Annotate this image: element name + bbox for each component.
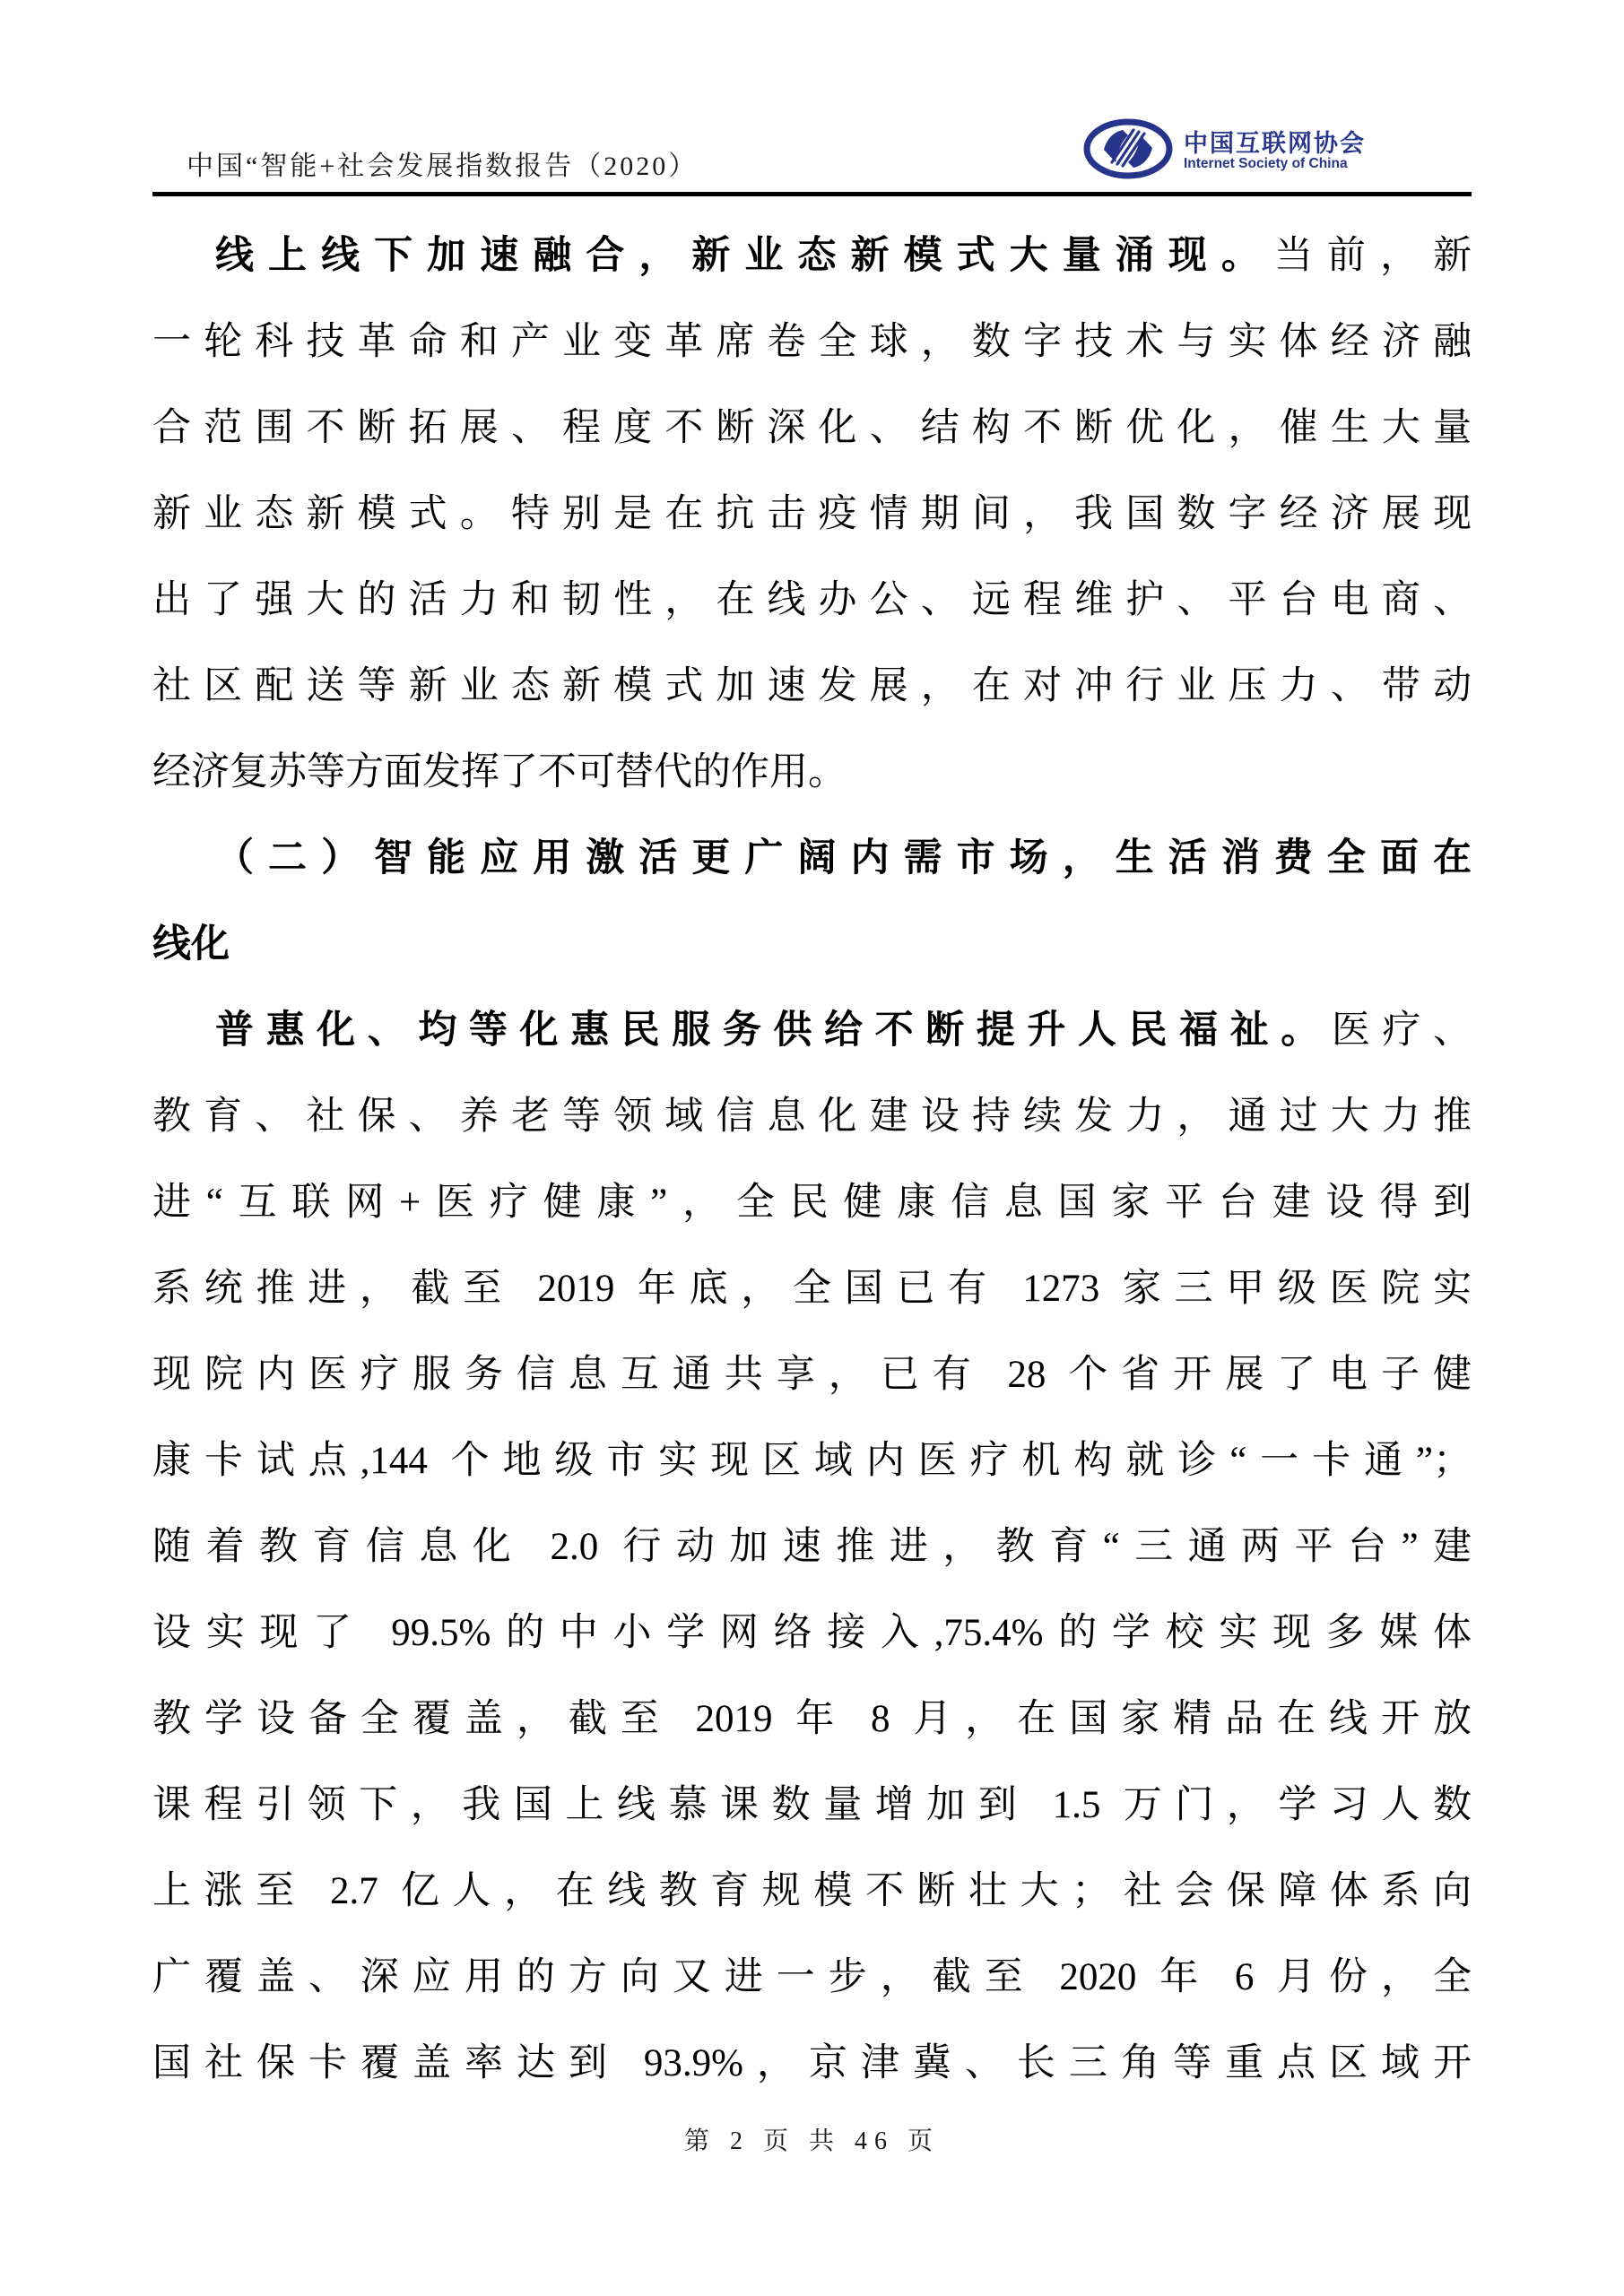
text-run: 线上线下加速融合，新业态新模式大量涌现。 — [215, 235, 1274, 277]
text-line: 经济复苏等方面发挥了不可替代的作用。 — [152, 730, 1472, 816]
text-run: 现院内医疗服务信息互通共享，已有 28 个省开展了电子健 — [152, 1354, 1472, 1396]
isc-logo-text: 中国互联网协会 Internet Society of China — [1184, 131, 1366, 171]
text-run: 上涨至 2.7 亿人，在线教育规模不断壮大；社会保障体系向 — [152, 1870, 1472, 1912]
text-run: 新业态新模式。特别是在抗击疫情期间，我国数字经济展现 — [152, 493, 1472, 535]
text-run: 课程引领下，我国上线慕课数量增加到 1.5 万门，学习人数 — [152, 1784, 1472, 1826]
text-line: 新业态新模式。特别是在抗击疫情期间，我国数字经济展现 — [152, 472, 1472, 558]
text-run: 线化 — [152, 923, 230, 966]
text-run: 社区配送等新业态新模式加速发展，在对冲行业压力、带动 — [152, 665, 1472, 707]
page-number-footer: 第 2 页 共 46 页 — [0, 2121, 1624, 2157]
text-line: 上涨至 2.7 亿人，在线教育规模不断壮大；社会保障体系向 — [152, 1849, 1472, 1935]
page-header: 中国“智能+社会发展指数报告（2020） 中国互联网协 — [152, 106, 1472, 196]
text-run: 教学设备全覆盖，截至 2019 年 8 月，在国家精品在线开放 — [152, 1698, 1472, 1740]
text-line: 线上线下加速融合，新业态新模式大量涌现。当前，新 — [152, 213, 1472, 299]
text-line: 社区配送等新业态新模式加速发展，在对冲行业压力、带动 — [152, 644, 1472, 730]
document-page: 中国“智能+社会发展指数报告（2020） 中国互联网协 — [0, 0, 1624, 2296]
text-run: 经济复苏等方面发挥了不可替代的作用。 — [152, 751, 847, 793]
text-line: 康卡试点,144 个地级市实现区域内医疗机构就诊“一卡通”； — [152, 1418, 1472, 1504]
text-run: 进“互联网+医疗健康”，全民健康信息国家平台建设得到 — [152, 1182, 1472, 1224]
text-line: 设实现了 99.5%的中小学网络接入,75.4%的学校实现多媒体 — [152, 1590, 1472, 1677]
text-line: 广覆盖、深应用的方向又进一步，截至 2020 年 6 月份，全 — [152, 1935, 1472, 2021]
text-run: 广覆盖、深应用的方向又进一步，截至 2020 年 6 月份，全 — [152, 1956, 1472, 1998]
text-line: 现院内医疗服务信息互通共享，已有 28 个省开展了电子健 — [152, 1332, 1472, 1418]
text-line: 合范围不断拓展、程度不断深化、结构不断优化，催生大量 — [152, 386, 1472, 472]
text-line: 随着教育信息化 2.0 行动加速推进，教育“三通两平台”建 — [152, 1504, 1472, 1590]
text-line: 普惠化、均等化惠民服务供给不断提升人民福祉。医疗、 — [152, 988, 1472, 1074]
text-run: 合范围不断拓展、程度不断深化、结构不断优化，催生大量 — [152, 407, 1472, 449]
text-run: 随着教育信息化 2.0 行动加速推进，教育“三通两平台”建 — [152, 1526, 1472, 1568]
text-line: 线化 — [152, 902, 1472, 988]
text-run: 出了强大的活力和韧性，在线办公、远程维护、平台电商、 — [152, 579, 1472, 621]
report-title: 中国“智能+社会发展指数报告（2020） — [187, 143, 698, 183]
text-run: 国社保卡覆盖率达到 93.9%，京津冀、长三角等重点区域开 — [152, 2042, 1472, 2084]
text-run: 当前，新 — [1274, 235, 1472, 277]
text-run: 一轮科技革命和产业变革席卷全球，数字技术与实体经济融 — [152, 321, 1472, 363]
text-run: （二）智能应用激活更广阔内需市场，生活消费全面在 — [215, 837, 1472, 879]
text-line: 教学设备全覆盖，截至 2019 年 8 月，在国家精品在线开放 — [152, 1677, 1472, 1763]
text-line: （二）智能应用激活更广阔内需市场，生活消费全面在 — [152, 816, 1472, 902]
text-run: 康卡试点,144 个地级市实现区域内医疗机构就诊“一卡通”； — [152, 1440, 1472, 1482]
text-run: 普惠化、均等化惠民服务供给不断提升人民福祉。 — [215, 1009, 1332, 1052]
text-run: 医疗、 — [1332, 1009, 1472, 1052]
isc-logo-english-name: Internet Society of China — [1184, 157, 1366, 171]
text-line: 一轮科技革命和产业变革席卷全球，数字技术与实体经济融 — [152, 299, 1472, 386]
text-run: 教育、社保、养老等领域信息化建设持续发力，通过大力推 — [152, 1096, 1472, 1138]
text-line: 课程引领下，我国上线慕课数量增加到 1.5 万门，学习人数 — [152, 1763, 1472, 1849]
text-line: 系统推进，截至 2019 年底，全国已有 1273 家三甲级医院实 — [152, 1246, 1472, 1332]
text-line: 出了强大的活力和韧性，在线办公、远程维护、平台电商、 — [152, 558, 1472, 644]
text-line: 国社保卡覆盖率达到 93.9%，京津冀、长三角等重点区域开 — [152, 2021, 1472, 2107]
text-run: 系统推进，截至 2019 年底，全国已有 1273 家三甲级医院实 — [152, 1268, 1472, 1310]
isc-logo: 中国互联网协会 Internet Society of China — [1083, 117, 1366, 185]
body-text: 线上线下加速融合，新业态新模式大量涌现。当前，新一轮科技革命和产业变革席卷全球，… — [152, 213, 1472, 2107]
text-line: 进“互联网+医疗健康”，全民健康信息国家平台建设得到 — [152, 1160, 1472, 1246]
text-run: 设实现了 99.5%的中小学网络接入,75.4%的学校实现多媒体 — [152, 1612, 1472, 1654]
text-line: 教育、社保、养老等领域信息化建设持续发力，通过大力推 — [152, 1074, 1472, 1160]
isc-logo-chinese-name: 中国互联网协会 — [1184, 131, 1366, 156]
isc-logo-icon — [1083, 117, 1173, 185]
